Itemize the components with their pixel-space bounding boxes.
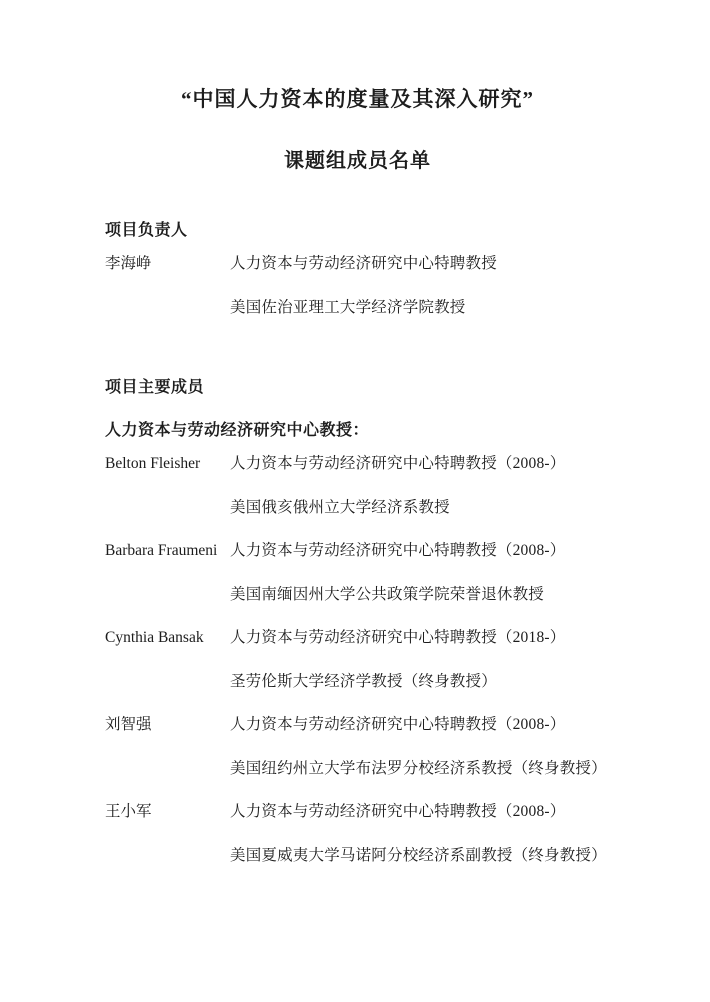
member-name: 王小军 — [105, 790, 230, 877]
section-heading: 项目负责人 — [105, 222, 610, 240]
member-roles: 人力资本与劳动经济研究中心特聘教授（2008-） 美国纽约州立大学布法罗分校经济… — [230, 703, 610, 790]
member-role: 人力资本与劳动经济研究中心特聘教授 — [230, 242, 610, 286]
member-list: 李海峥 人力资本与劳动经济研究中心特聘教授 美国佐治亚理工大学经济学院教授 — [105, 242, 610, 329]
member-name: 刘智强 — [105, 703, 230, 790]
member-roles: 人力资本与劳动经济研究中心特聘教授 美国佐治亚理工大学经济学院教授 — [230, 242, 610, 329]
member-list: Belton Fleisher 人力资本与劳动经济研究中心特聘教授（2008-）… — [105, 442, 610, 877]
member-row: 刘智强 人力资本与劳动经济研究中心特聘教授（2008-） 美国纽约州立大学布法罗… — [105, 703, 610, 790]
member-role: 人力资本与劳动经济研究中心特聘教授（2008-） — [230, 790, 610, 834]
member-role: 圣劳伦斯大学经济学教授（终身教授） — [230, 660, 610, 704]
member-name: 李海峥 — [105, 242, 230, 329]
member-role: 美国俄亥俄州立大学经济系教授 — [230, 486, 610, 530]
section-heading: 项目主要成员 — [105, 379, 610, 397]
member-role: 人力资本与劳动经济研究中心特聘教授（2018-） — [230, 616, 610, 660]
member-role: 人力资本与劳动经济研究中心特聘教授（2008-） — [230, 703, 610, 747]
member-row: Barbara Fraumeni 人力资本与劳动经济研究中心特聘教授（2008-… — [105, 529, 610, 616]
document-page: “中国人力资本的度量及其深入研究” 课题组成员名单 项目负责人 李海峥 人力资本… — [0, 0, 710, 1002]
member-row: Cynthia Bansak 人力资本与劳动经济研究中心特聘教授（2018-） … — [105, 616, 610, 703]
document-subtitle: 课题组成员名单 — [105, 144, 610, 173]
document-title: “中国人力资本的度量及其深入研究” — [105, 88, 610, 111]
member-role: 人力资本与劳动经济研究中心特聘教授（2008-） — [230, 529, 610, 573]
member-role: 美国纽约州立大学布法罗分校经济系教授（终身教授） — [230, 747, 610, 791]
member-role: 美国佐治亚理工大学经济学院教授 — [230, 286, 610, 330]
member-name: Cynthia Bansak — [105, 616, 230, 703]
subsection-heading: 人力资本与劳动经济研究中心教授： — [105, 422, 610, 440]
member-name: Barbara Fraumeni — [105, 529, 230, 616]
member-role: 人力资本与劳动经济研究中心特聘教授（2008-） — [230, 442, 610, 486]
member-row: 李海峥 人力资本与劳动经济研究中心特聘教授 美国佐治亚理工大学经济学院教授 — [105, 242, 610, 329]
section-main-members: 项目主要成员 人力资本与劳动经济研究中心教授： Belton Fleisher … — [105, 379, 610, 877]
document-content: “中国人力资本的度量及其深入研究” 课题组成员名单 项目负责人 李海峥 人力资本… — [0, 0, 710, 877]
section-project-leader: 项目负责人 李海峥 人力资本与劳动经济研究中心特聘教授 美国佐治亚理工大学经济学… — [105, 222, 610, 329]
member-roles: 人力资本与劳动经济研究中心特聘教授（2018-） 圣劳伦斯大学经济学教授（终身教… — [230, 616, 610, 703]
member-row: Belton Fleisher 人力资本与劳动经济研究中心特聘教授（2008-）… — [105, 442, 610, 529]
member-role: 美国南缅因州大学公共政策学院荣誉退休教授 — [230, 573, 610, 617]
member-role: 美国夏威夷大学马诺阿分校经济系副教授（终身教授） — [230, 834, 610, 878]
member-roles: 人力资本与劳动经济研究中心特聘教授（2008-） 美国俄亥俄州立大学经济系教授 — [230, 442, 610, 529]
member-roles: 人力资本与劳动经济研究中心特聘教授（2008-） 美国夏威夷大学马诺阿分校经济系… — [230, 790, 610, 877]
member-roles: 人力资本与劳动经济研究中心特聘教授（2008-） 美国南缅因州大学公共政策学院荣… — [230, 529, 610, 616]
member-row: 王小军 人力资本与劳动经济研究中心特聘教授（2008-） 美国夏威夷大学马诺阿分… — [105, 790, 610, 877]
member-name: Belton Fleisher — [105, 442, 230, 529]
